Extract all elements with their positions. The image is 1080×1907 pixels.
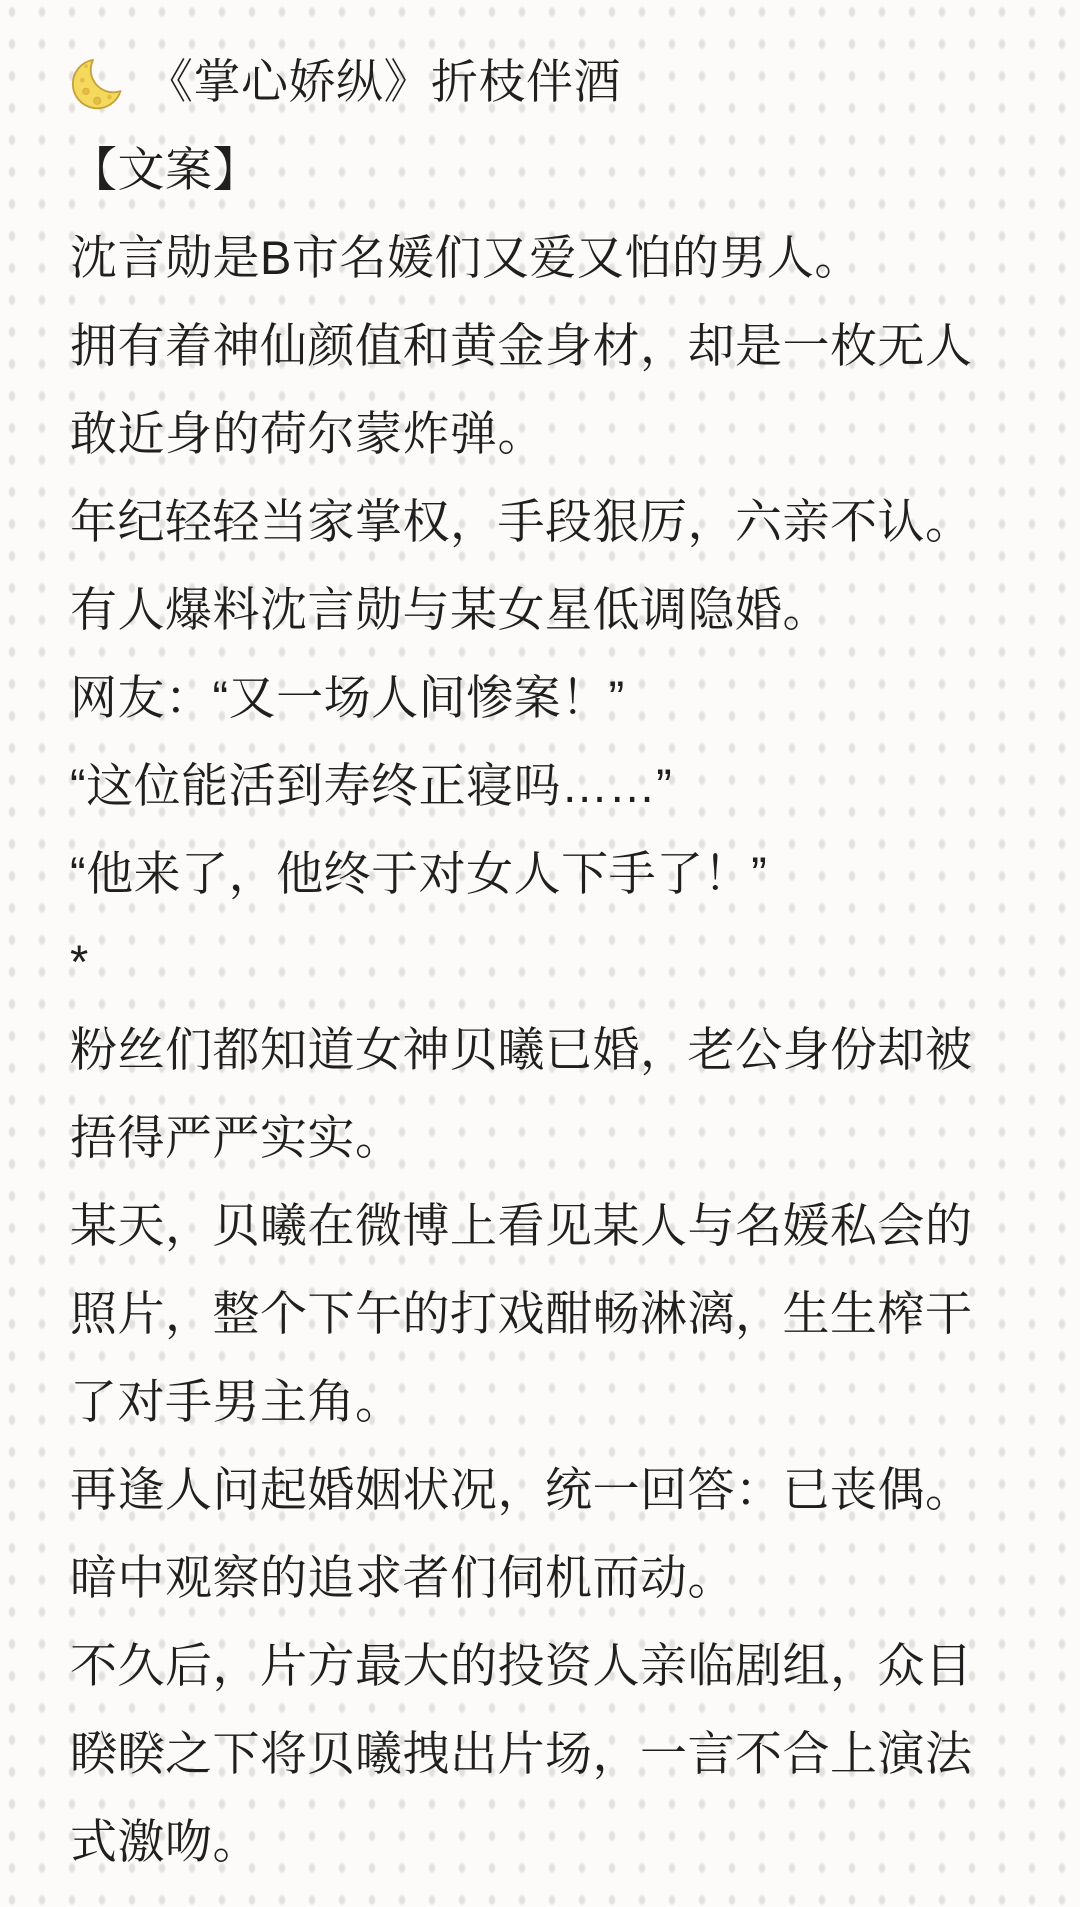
page-title: 《掌心娇纵》折枝伴酒 — [146, 38, 621, 126]
crescent-moon-icon — [70, 51, 132, 113]
text-line: “这位能活到寿终正寝吗……” — [70, 742, 1022, 830]
text-line: 照片，整个下午的打戏酣畅淋漓，生生榨干 — [70, 1270, 1022, 1358]
text-line: 睽睽之下将贝曦拽出片场，一言不合上演法 — [70, 1710, 1022, 1798]
text-line: 再逢人问起婚姻状况，统一回答：已丧偶。 — [70, 1446, 1022, 1534]
text-line: 某天，贝曦在微博上看见某人与名媛私会的 — [70, 1182, 1022, 1270]
text-line: 年纪轻轻当家掌权，手段狠厉，六亲不认。 — [70, 478, 1022, 566]
text-line: 式激吻。 — [70, 1798, 1022, 1886]
text-line: 粉丝们都知道女神贝曦已婚，老公身份却被 — [70, 1006, 1022, 1094]
text-line: 了对手男主角。 — [70, 1358, 1022, 1446]
title-line: 《掌心娇纵》折枝伴酒 — [70, 38, 1022, 126]
text-line: 有人爆料沈言勋与某女星低调隐婚。 — [70, 566, 1022, 654]
text-line: 捂得严严实实。 — [70, 1094, 1022, 1182]
novel-intro-page: 《掌心娇纵》折枝伴酒 【文案】 沈言勋是B市名媛们又爱又怕的男人。 拥有着神仙颜… — [0, 0, 1080, 1907]
section-label: 【文案】 — [70, 126, 1022, 214]
text-line: 沈言勋是B市名媛们又爱又怕的男人。 — [70, 214, 1022, 302]
text-line: 暗中观察的追求者们伺机而动。 — [70, 1534, 1022, 1622]
divider-asterisk: * — [70, 918, 1022, 1006]
text-line: 网友：“又一场人间惨案！” — [70, 654, 1022, 742]
text-line: 敢近身的荷尔蒙炸弹。 — [70, 390, 1022, 478]
text-line: “他来了，他终于对女人下手了！” — [70, 830, 1022, 918]
text-line: 不久后，片方最大的投资人亲临剧组，众目 — [70, 1622, 1022, 1710]
text-line: 拥有着神仙颜值和黄金身材，却是一枚无人 — [70, 302, 1022, 390]
